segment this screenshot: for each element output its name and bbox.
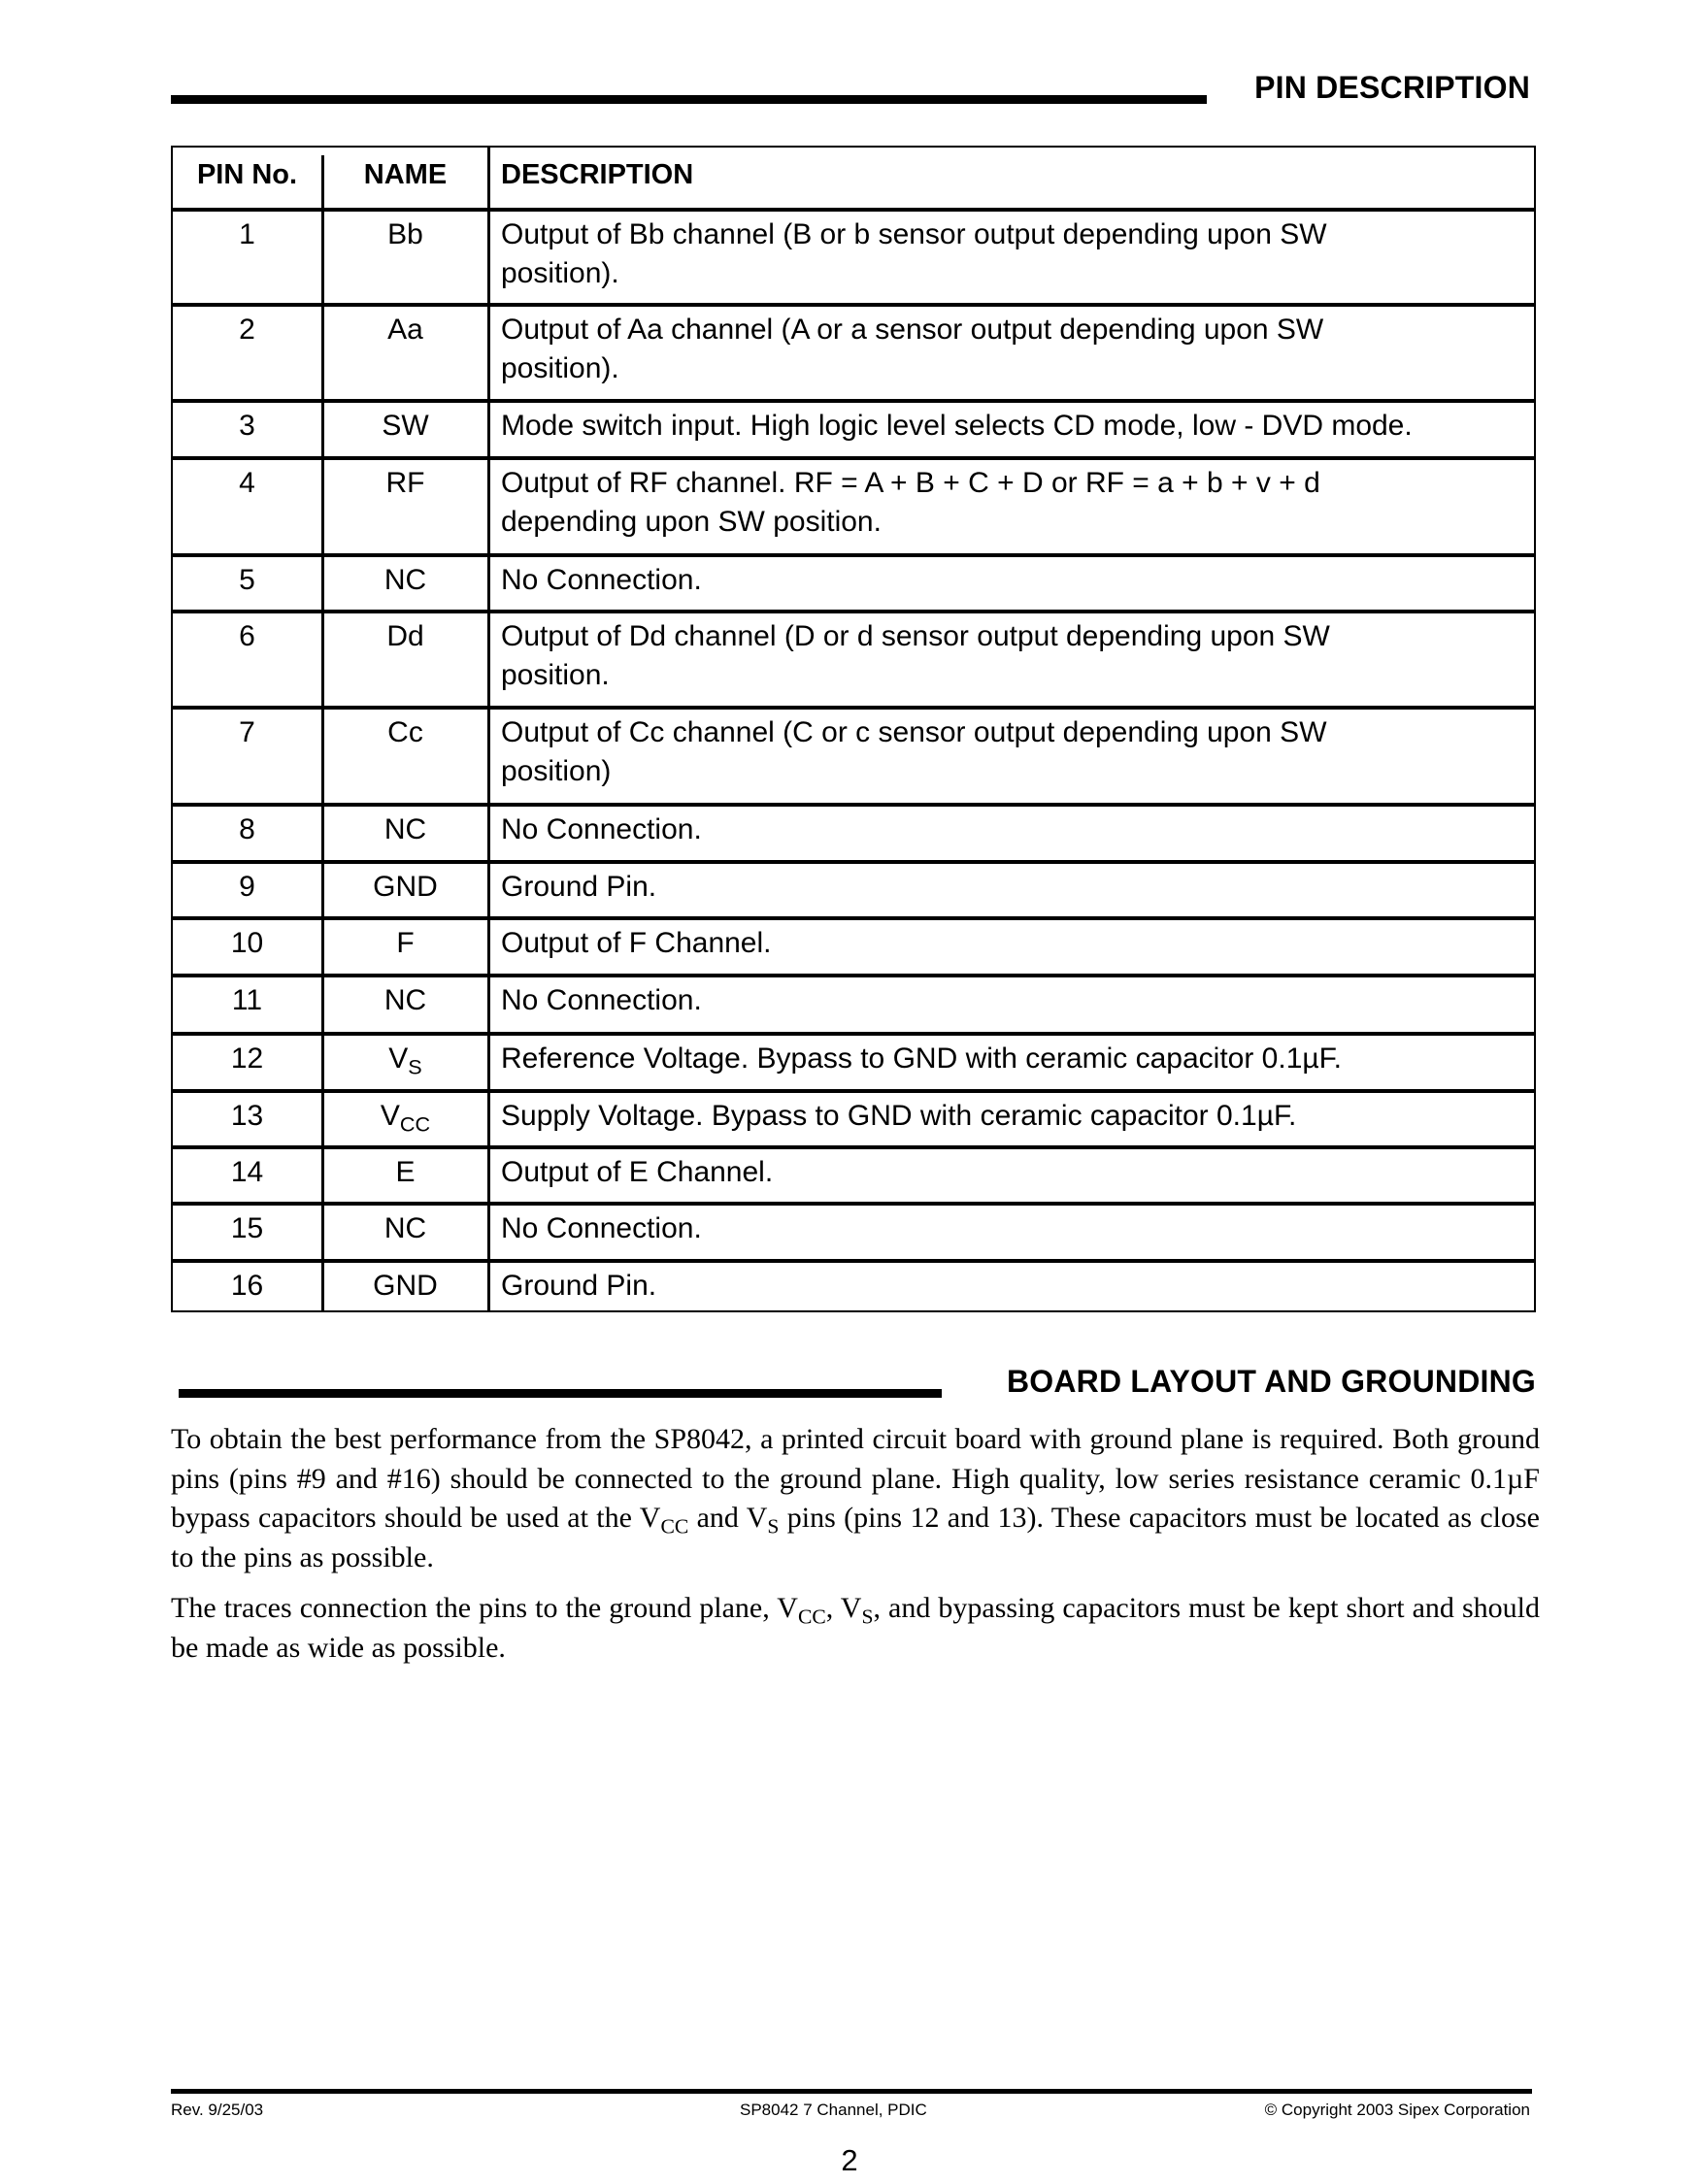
- pin-name-text: Dd: [386, 620, 423, 652]
- pin-name: NC: [323, 981, 487, 1020]
- text: The traces connection the pins to the gr…: [171, 1592, 798, 1624]
- table-row: 4RFOutput of RF channel. RF = A + B + C …: [173, 456, 1534, 553]
- section-rule-pin-description: [171, 95, 1207, 104]
- pin-name-text: V: [388, 1042, 408, 1075]
- pin-name: E: [323, 1153, 487, 1192]
- pin-number: 11: [173, 981, 321, 1020]
- pin-number: 13: [173, 1097, 321, 1136]
- table-row: 16GNDGround Pin.: [173, 1259, 1534, 1311]
- footer-product: SP8042 7 Channel, PDIC: [740, 2101, 927, 2120]
- pin-name: VCC: [323, 1097, 487, 1136]
- pin-description: Reference Voltage. Bypass to GND with ce…: [501, 1040, 1532, 1078]
- column-header-pin: PIN No.: [173, 155, 321, 194]
- text: and V: [688, 1502, 767, 1534]
- table-row: 7CcOutput of Cc channel (C or c sensor o…: [173, 706, 1534, 803]
- pin-description: Ground Pin.: [501, 868, 1532, 907]
- subscript: S: [767, 1514, 779, 1538]
- pin-name-text: RF: [386, 467, 425, 499]
- pin-number: 6: [173, 617, 321, 656]
- pin-name-text: Cc: [387, 716, 423, 748]
- pin-name: NC: [323, 1209, 487, 1248]
- pin-name: NC: [323, 811, 487, 849]
- pin-name: GND: [323, 868, 487, 907]
- pin-name-text: GND: [373, 871, 438, 903]
- pin-number: 9: [173, 868, 321, 907]
- pin-name: Bb: [323, 215, 487, 254]
- pin-name-text: NC: [384, 813, 426, 845]
- footer-revision: Rev. 9/25/03: [171, 2101, 263, 2120]
- pin-number: 4: [173, 464, 321, 503]
- pin-name: Dd: [323, 617, 487, 656]
- section-title-pin-description: PIN DESCRIPTION: [1254, 70, 1530, 106]
- pin-number: 15: [173, 1209, 321, 1248]
- pin-description: Output of Dd channel (D or d sensor outp…: [501, 617, 1532, 695]
- pin-name: GND: [323, 1267, 487, 1306]
- pin-description-table: PIN No. NAME DESCRIPTION 1BbOutput of Bb…: [171, 146, 1536, 1312]
- subscript: S: [861, 1605, 873, 1628]
- table-row: 15NCNo Connection.: [173, 1202, 1534, 1259]
- table-row: 8NCNo Connection.: [173, 803, 1534, 860]
- page-number: 2: [0, 2143, 1699, 2178]
- pin-name-text: NC: [384, 984, 426, 1016]
- pin-name-text: Bb: [387, 218, 423, 250]
- subscript: CC: [660, 1514, 688, 1538]
- subscript: CC: [798, 1605, 826, 1628]
- pin-description: Output of Aa channel (A or a sensor outp…: [501, 311, 1532, 388]
- table-row: 3SWMode switch input. High logic level s…: [173, 399, 1534, 456]
- pin-name: F: [323, 924, 487, 963]
- pin-description: Output of F Channel.: [501, 924, 1532, 963]
- pin-number: 8: [173, 811, 321, 849]
- pin-description: Mode switch input. High logic level sele…: [501, 407, 1532, 446]
- pin-description: Output of RF channel. RF = A + B + C + D…: [501, 464, 1532, 542]
- table-row: 12VSReference Voltage. Bypass to GND wit…: [173, 1032, 1534, 1089]
- table-row: 6DdOutput of Dd channel (D or d sensor o…: [173, 610, 1534, 706]
- pin-name: NC: [323, 561, 487, 600]
- pin-name: Cc: [323, 713, 487, 752]
- pin-description: Output of Bb channel (B or b sensor outp…: [501, 215, 1532, 293]
- pin-description: No Connection.: [501, 981, 1532, 1020]
- pin-name-subscript: CC: [400, 1111, 430, 1136]
- pin-number: 2: [173, 311, 321, 349]
- pin-name: RF: [323, 464, 487, 503]
- column-header-name: NAME: [323, 155, 487, 194]
- pin-number: 7: [173, 713, 321, 752]
- pin-description: Supply Voltage. Bypass to GND with ceram…: [501, 1097, 1532, 1136]
- table-row: 10FOutput of F Channel.: [173, 916, 1534, 974]
- pin-name: Aa: [323, 311, 487, 349]
- pin-name: SW: [323, 407, 487, 446]
- footer-copyright: © Copyright 2003 Sipex Corporation: [1265, 2101, 1530, 2120]
- pin-description: No Connection.: [501, 561, 1532, 600]
- paragraph-board-layout-1: To obtain the best performance from the …: [171, 1420, 1540, 1577]
- pin-number: 14: [173, 1153, 321, 1192]
- section-rule-board-layout: [179, 1389, 942, 1398]
- pin-number: 12: [173, 1040, 321, 1078]
- table-row: 9GNDGround Pin.: [173, 860, 1534, 916]
- table-row: 11NCNo Connection.: [173, 974, 1534, 1032]
- pin-name-text: NC: [384, 564, 426, 596]
- table-row: 5NCNo Connection.: [173, 553, 1534, 610]
- table-header-row: PIN No. NAME DESCRIPTION: [173, 148, 1534, 210]
- pin-number: 16: [173, 1267, 321, 1306]
- pin-number: 1: [173, 215, 321, 254]
- column-header-description: DESCRIPTION: [501, 155, 1532, 194]
- pin-number: 5: [173, 561, 321, 600]
- pin-description: No Connection.: [501, 1209, 1532, 1248]
- table-row: 1BbOutput of Bb channel (B or b sensor o…: [173, 208, 1534, 303]
- table-row: 2AaOutput of Aa channel (A or a sensor o…: [173, 303, 1534, 399]
- pin-number: 3: [173, 407, 321, 446]
- pin-name-text: V: [381, 1100, 400, 1132]
- pin-description: No Connection.: [501, 811, 1532, 849]
- table-row: 14EOutput of E Channel.: [173, 1145, 1534, 1202]
- pin-name-text: Aa: [387, 314, 423, 346]
- paragraph-board-layout-2: The traces connection the pins to the gr…: [171, 1589, 1540, 1668]
- pin-description: Ground Pin.: [501, 1267, 1532, 1306]
- pin-name-subscript: S: [408, 1054, 421, 1078]
- text: , V: [826, 1592, 862, 1624]
- pin-name: VS: [323, 1040, 487, 1078]
- table-row: 13VCCSupply Voltage. Bypass to GND with …: [173, 1089, 1534, 1145]
- pin-name-text: E: [395, 1156, 415, 1188]
- footer-rule: [171, 2089, 1532, 2094]
- pin-description: Output of Cc channel (C or c sensor outp…: [501, 713, 1532, 791]
- pin-name-text: F: [396, 927, 414, 959]
- pin-number: 10: [173, 924, 321, 963]
- pin-name-text: GND: [373, 1270, 438, 1302]
- pin-name-text: SW: [382, 410, 428, 442]
- pin-description: Output of E Channel.: [501, 1153, 1532, 1192]
- section-title-board-layout: BOARD LAYOUT AND GROUNDING: [1007, 1364, 1536, 1400]
- pin-name-text: NC: [384, 1212, 426, 1244]
